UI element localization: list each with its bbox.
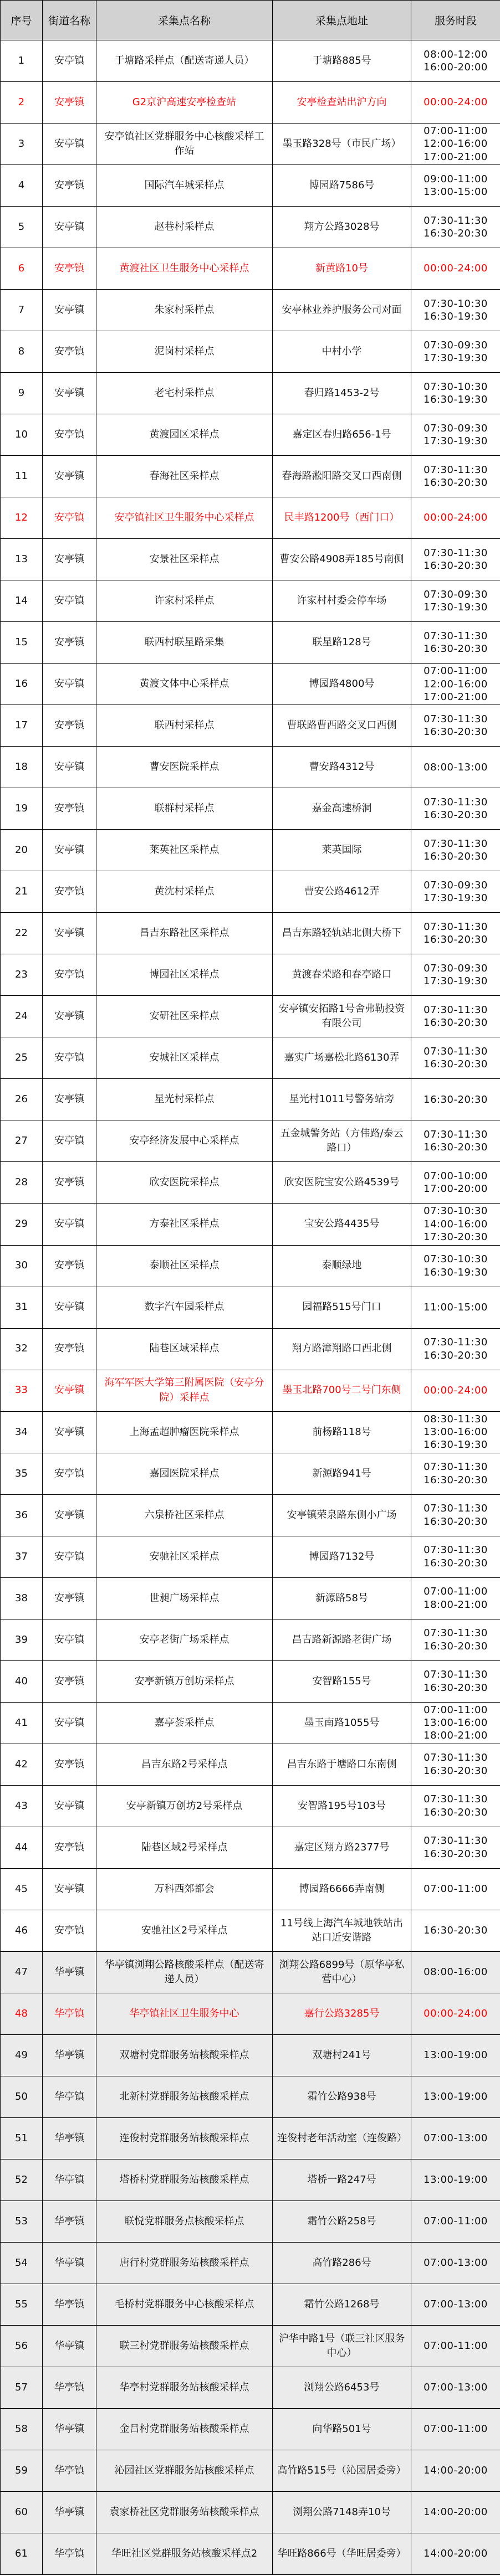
cell-name: 于塘路采样点（配送寄递人员）: [96, 40, 273, 82]
cell-name: 黄渡园区采样点: [96, 414, 273, 456]
cell-street: 安亭镇: [43, 1619, 96, 1660]
cell-name: 老宅村采样点: [96, 373, 273, 414]
cell-name: 陆巷区域采样点: [96, 1328, 273, 1370]
table-row: 45安亭镇万科西郊都会博园路6666弄南侧07:00-11:00: [1, 1868, 500, 1910]
cell-times: 14:00-20:00: [411, 2450, 500, 2491]
table-row: 48华亭镇华亭镇社区卫生服务中心嘉行公路3285号00:00-24:00: [1, 1993, 500, 2034]
cell-times: 07:30-10:30 16:30-19:30: [411, 373, 500, 414]
cell-name: 黄渡文体中心采样点: [96, 664, 273, 705]
cell-times: 07:30-11:30 16:30-20:30: [411, 1494, 500, 1536]
cell-address: 双塘村241号: [273, 2034, 411, 2076]
table-row: 39安亭镇安亭老街广场采样点昌吉路新源路老街广场07:30-11:30 16:3…: [1, 1619, 500, 1660]
cell-street: 安亭镇: [43, 1536, 96, 1577]
cell-times: 13:00-19:00: [411, 2076, 500, 2117]
cell-index: 17: [1, 705, 43, 747]
cell-times: 07:30-11:30 16:30-20:30: [411, 705, 500, 747]
cell-times: 09:00-11:00 13:00-15:00: [411, 165, 500, 207]
cell-times: 07:30-09:30 17:30-19:30: [411, 331, 500, 373]
table-row: 26安亭镇星光村采样点星光村1011号警务站旁16:30-20:30: [1, 1079, 500, 1120]
cell-index: 8: [1, 331, 43, 373]
cell-address: 高竹路286号: [273, 2242, 411, 2284]
cell-address: 塔桥一路247号: [273, 2159, 411, 2200]
table-row: 61华亭镇华旺社区党群服务站核酸采样点2华旺路866号（华旺居委旁）14:00-…: [1, 2533, 500, 2574]
cell-name: 安亭镇社区党群服务中心核酸采样工作站: [96, 124, 273, 165]
cell-address: 嘉定区翔方路2377号: [273, 1827, 411, 1868]
table-row: 57华亭镇华亭村党群服务站核酸采样点浏翔公路6453号07:00-13:00: [1, 2367, 500, 2408]
table-row: 16安亭镇黄渡文体中心采样点博园路4800号07:00-11:00 12:00-…: [1, 664, 500, 705]
cell-index: 16: [1, 664, 43, 705]
table-row: 12安亭镇安亭镇社区卫生服务中心采样点民丰路1200号（西门口）00:00-24…: [1, 497, 500, 539]
cell-index: 60: [1, 2491, 43, 2533]
cell-street: 安亭镇: [43, 954, 96, 996]
cell-address: 昌吉东路于塘路口东南侧: [273, 1744, 411, 1785]
cell-name: 赵巷村采样点: [96, 207, 273, 248]
cell-address: 安亭林业养护服务公司对面: [273, 290, 411, 331]
cell-address: 向华路501号: [273, 2408, 411, 2450]
cell-street: 华亭镇: [43, 2117, 96, 2159]
table-row: 14安亭镇许家村采样点许家村村委会停车场07:30-09:30 17:30-19…: [1, 580, 500, 622]
cell-street: 华亭镇: [43, 2034, 96, 2076]
cell-address: 新源路941号: [273, 1453, 411, 1494]
cell-street: 安亭镇: [43, 165, 96, 207]
cell-times: 07:00-11:00: [411, 2408, 500, 2450]
cell-street: 华亭镇: [43, 2200, 96, 2242]
cell-times: 07:30-09:30 17:30-19:30: [411, 414, 500, 456]
cell-street: 安亭镇: [43, 207, 96, 248]
cell-address: 霜竹公路258号: [273, 2200, 411, 2242]
cell-times: 07:30-09:30 17:30-19:30: [411, 580, 500, 622]
table-row: 54华亭镇唐行村党群服务站核酸采样点高竹路286号07:00-13:00: [1, 2242, 500, 2284]
cell-name: 方泰社区采样点: [96, 1204, 273, 1245]
cell-address: 泰顺绿地: [273, 1245, 411, 1287]
table-row: 8安亭镇泥岗村采样点中村小学07:30-09:30 17:30-19:30: [1, 331, 500, 373]
cell-address: 连俊村老年活动室（连俊路）: [273, 2117, 411, 2159]
cell-index: 61: [1, 2533, 43, 2574]
cell-times: 08:00-16:00: [411, 1951, 500, 1993]
cell-name: 海军军医大学第三附属医院（安亭分院）采样点: [96, 1370, 273, 1411]
cell-name: 北新村党群服务站核酸采样点: [96, 2076, 273, 2117]
cell-street: 安亭镇: [43, 497, 96, 539]
cell-index: 36: [1, 1494, 43, 1536]
cell-index: 12: [1, 497, 43, 539]
table-row: 42安亭镇昌吉东路2号采样点昌吉东路于塘路口东南侧07:30-11:30 16:…: [1, 1744, 500, 1785]
cell-name: 安亭镇社区卫生服务中心采样点: [96, 497, 273, 539]
cell-street: 安亭镇: [43, 456, 96, 497]
col-header-street: 街道名称: [43, 1, 96, 40]
cell-address: 嘉金高速桥洞: [273, 788, 411, 830]
cell-name: 上海孟超肿瘤医院采样点: [96, 1411, 273, 1453]
cell-times: 00:00-24:00: [411, 82, 500, 124]
cell-name: 昌吉东路社区采样点: [96, 913, 273, 954]
table-row: 4安亭镇国际汽车城采样点博园路7586号09:00-11:00 13:00-15…: [1, 165, 500, 207]
cell-address: 园福路515号门口: [273, 1287, 411, 1328]
table-row: 40安亭镇安亭新镇万创坊采样点安智路155号07:30-11:30 16:30-…: [1, 1660, 500, 1702]
cell-street: 华亭镇: [43, 2491, 96, 2533]
table-row: 30安亭镇泰顺社区采样点泰顺绿地07:30-10:30 16:30-19:30: [1, 1245, 500, 1287]
cell-index: 59: [1, 2450, 43, 2491]
cell-times: 13:00-19:00: [411, 2034, 500, 2076]
cell-street: 安亭镇: [43, 82, 96, 124]
cell-street: 安亭镇: [43, 580, 96, 622]
cell-times: 14:00-20:00: [411, 2533, 500, 2574]
cell-name: 安景社区采样点: [96, 539, 273, 580]
cell-index: 30: [1, 1245, 43, 1287]
cell-times: 07:30-09:30 17:30-19:30: [411, 954, 500, 996]
cell-name: 华亭镇社区卫生服务中心: [96, 1993, 273, 2034]
cell-address: 前杨路118号: [273, 1411, 411, 1453]
cell-index: 18: [1, 747, 43, 788]
cell-name: 华亭镇浏翔公路核酸采样点（配送寄递人员）: [96, 1951, 273, 1993]
cell-street: 华亭镇: [43, 2325, 96, 2367]
cell-name: 毛桥村党群服务中心核酸采样点: [96, 2284, 273, 2325]
cell-address: 嘉实广场嘉松北路6130弄: [273, 1037, 411, 1079]
cell-index: 50: [1, 2076, 43, 2117]
cell-address: 高竹路515号（沁园居委旁）: [273, 2450, 411, 2491]
cell-index: 29: [1, 1204, 43, 1245]
table-row: 19安亭镇联群村采样点嘉金高速桥洞07:30-11:30 16:30-20:30: [1, 788, 500, 830]
cell-address: 墨玉南路1055号: [273, 1702, 411, 1744]
cell-address: 霜竹公路938号: [273, 2076, 411, 2117]
cell-index: 45: [1, 1868, 43, 1910]
cell-address: 安亭镇安拓路1号舍弗勒投资有限公司: [273, 996, 411, 1037]
table-row: 34安亭镇上海孟超肿瘤医院采样点前杨路118号08:30-11:30 13:00…: [1, 1411, 500, 1453]
cell-name: 数字汽车园采样点: [96, 1287, 273, 1328]
cell-times: 07:00-10:00 17:00-20:00: [411, 1162, 500, 1204]
table-row: 36安亭镇六泉桥社区采样点安亭镇荣泉路东侧小广场07:30-11:30 16:3…: [1, 1494, 500, 1536]
cell-street: 安亭镇: [43, 830, 96, 871]
cell-index: 32: [1, 1328, 43, 1370]
table-row: 17安亭镇联西村采样点曹联路曹西路交叉口西侧07:30-11:30 16:30-…: [1, 705, 500, 747]
cell-street: 安亭镇: [43, 373, 96, 414]
table-row: 29安亭镇方泰社区采样点宝安公路4435号07:30-10:30 14:00-1…: [1, 1204, 500, 1245]
cell-street: 安亭镇: [43, 1827, 96, 1868]
cell-index: 58: [1, 2408, 43, 2450]
cell-name: 袁家桥社区党群服务站核酸采样点: [96, 2491, 273, 2533]
cell-name: 华旺社区党群服务站核酸采样点2: [96, 2533, 273, 2574]
cell-times: 07:00-11:00: [411, 1868, 500, 1910]
cell-street: 华亭镇: [43, 1951, 96, 1993]
cell-index: 1: [1, 40, 43, 82]
cell-street: 安亭镇: [43, 1702, 96, 1744]
cell-street: 安亭镇: [43, 1577, 96, 1619]
cell-address: 嘉行公路3285号: [273, 1993, 411, 2034]
cell-street: 华亭镇: [43, 2284, 96, 2325]
table-row: 59华亭镇沁园社区党群服务站核酸采样点高竹路515号（沁园居委旁）14:00-2…: [1, 2450, 500, 2491]
cell-name: 华亭村党群服务站核酸采样点: [96, 2367, 273, 2408]
cell-index: 27: [1, 1120, 43, 1162]
cell-name: 嘉亭荟采样点: [96, 1702, 273, 1744]
col-header-address: 采集点地址: [273, 1, 411, 40]
cell-address: 博园路7132号: [273, 1536, 411, 1577]
cell-street: 华亭镇: [43, 2159, 96, 2200]
cell-street: 安亭镇: [43, 1204, 96, 1245]
cell-name: 联西村采样点: [96, 705, 273, 747]
cell-index: 4: [1, 165, 43, 207]
cell-index: 9: [1, 373, 43, 414]
cell-index: 3: [1, 124, 43, 165]
cell-street: 安亭镇: [43, 1660, 96, 1702]
cell-times: 07:30-11:30 16:30-20:30: [411, 1619, 500, 1660]
cell-address: 华旺路866号（华旺居委旁）: [273, 2533, 411, 2574]
table-row: 6安亭镇黄渡社区卫生服务中心采样点新黄路10号00:00-24:00: [1, 248, 500, 290]
cell-address: 11号线上海汽车城地铁站出站口近安谐路: [273, 1910, 411, 1951]
cell-name: 安亭新镇万创坊采样点: [96, 1660, 273, 1702]
cell-index: 43: [1, 1785, 43, 1827]
cell-index: 11: [1, 456, 43, 497]
cell-times: 07:30-11:30 16:30-20:30: [411, 1744, 500, 1785]
cell-name: 塔桥村党群服务站核酸采样点: [96, 2159, 273, 2200]
cell-street: 安亭镇: [43, 1910, 96, 1951]
cell-index: 38: [1, 1577, 43, 1619]
cell-times: 07:30-10:30 16:30-19:30: [411, 1245, 500, 1287]
cell-address: 许家村村委会停车场: [273, 580, 411, 622]
table-row: 2安亭镇G2京沪高速安亭检查站安亭检查站出沪方向00:00-24:00: [1, 82, 500, 124]
cell-name: 安亭新镇万创坊2号采样点: [96, 1785, 273, 1827]
cell-address: 嘉定区春归路656-1号: [273, 414, 411, 456]
cell-name: 泥岗村采样点: [96, 331, 273, 373]
table-row: 28安亭镇欣安医院采样点欣安医院宝安公路4539号07:00-10:00 17:…: [1, 1162, 500, 1204]
cell-name: 沁园社区党群服务站核酸采样点: [96, 2450, 273, 2491]
table-row: 9安亭镇老宅村采样点春归路1453-2号07:30-10:30 16:30-19…: [1, 373, 500, 414]
cell-name: 安驰社区2号采样点: [96, 1910, 273, 1951]
cell-address: 五金城警务站（方伟路/泰云路口）: [273, 1120, 411, 1162]
cell-times: 07:00-11:00: [411, 2325, 500, 2367]
table-row: 44安亭镇陆巷区域2号采样点嘉定区翔方路2377号07:30-11:30 16:…: [1, 1827, 500, 1868]
table-row: 52华亭镇塔桥村党群服务站核酸采样点塔桥一路247号13:00-19:00: [1, 2159, 500, 2200]
col-header-name: 采集点名称: [96, 1, 273, 40]
cell-times: 07:30-11:30 16:30-20:30: [411, 1785, 500, 1827]
cell-index: 2: [1, 82, 43, 124]
table-row: 25安亭镇安城社区采样点嘉实广场嘉松北路6130弄07:30-11:30 16:…: [1, 1037, 500, 1079]
cell-index: 6: [1, 248, 43, 290]
cell-index: 37: [1, 1536, 43, 1577]
cell-name: 安研社区采样点: [96, 996, 273, 1037]
cell-index: 14: [1, 580, 43, 622]
cell-street: 安亭镇: [43, 1037, 96, 1079]
cell-times: 08:00-13:00: [411, 747, 500, 788]
cell-times: 13:00-19:00: [411, 2159, 500, 2200]
cell-times: 08:00-12:00 16:00-20:00: [411, 40, 500, 82]
cell-index: 15: [1, 622, 43, 664]
table-row: 38安亭镇世昶广场采样点新源路58号07:00-11:00 18:00-21:0…: [1, 1577, 500, 1619]
cell-name: 联三村党群服务站核酸采样点: [96, 2325, 273, 2367]
cell-name: 安驰社区采样点: [96, 1536, 273, 1577]
cell-street: 华亭镇: [43, 2408, 96, 2450]
cell-street: 安亭镇: [43, 539, 96, 580]
cell-times: 07:00-13:00: [411, 2117, 500, 2159]
cell-times: 00:00-24:00: [411, 1370, 500, 1411]
cell-index: 25: [1, 1037, 43, 1079]
table-row: 13安亭镇安景社区采样点曹安公路4908弄185号南侧07:30-11:30 1…: [1, 539, 500, 580]
cell-address: 翔方路漳翔路口西北侧: [273, 1328, 411, 1370]
cell-times: 16:30-20:30: [411, 1910, 500, 1951]
table-row: 22安亭镇昌吉东路社区采样点昌吉东路轻轨站北侧大桥下07:30-11:30 16…: [1, 913, 500, 954]
cell-name: 许家村采样点: [96, 580, 273, 622]
cell-street: 安亭镇: [43, 1120, 96, 1162]
table-row: 46安亭镇安驰社区2号采样点11号线上海汽车城地铁站出站口近安谐路16:30-2…: [1, 1910, 500, 1951]
cell-address: 新源路58号: [273, 1577, 411, 1619]
cell-index: 31: [1, 1287, 43, 1328]
cell-address: 欣安医院宝安公路4539号: [273, 1162, 411, 1204]
cell-times: 07:00-13:00: [411, 2367, 500, 2408]
cell-street: 安亭镇: [43, 664, 96, 705]
cell-address: 中村小学: [273, 331, 411, 373]
cell-name: 嘉园医院采样点: [96, 1453, 273, 1494]
cell-times: 07:00-11:00 12:00-16:00 17:00-21:00: [411, 124, 500, 165]
cell-index: 42: [1, 1744, 43, 1785]
cell-name: 陆巷区域2号采样点: [96, 1827, 273, 1868]
table-row: 5安亭镇赵巷村采样点翔方公路3028号07:30-11:30 16:30-20:…: [1, 207, 500, 248]
cell-times: 07:30-11:30 16:30-20:30: [411, 207, 500, 248]
table-row: 58华亭镇金吕村党群服务站核酸采样点向华路501号07:00-11:00: [1, 2408, 500, 2450]
cell-address: 曹安路4312号: [273, 747, 411, 788]
cell-times: 07:30-11:30 16:30-20:30: [411, 1536, 500, 1577]
cell-index: 24: [1, 996, 43, 1037]
cell-street: 华亭镇: [43, 2242, 96, 2284]
table-row: 49华亭镇双塘村党群服务站核酸采样点双塘村241号13:00-19:00: [1, 2034, 500, 2076]
cell-name: 春海社区采样点: [96, 456, 273, 497]
cell-street: 安亭镇: [43, 1744, 96, 1785]
cell-address: 曹联路曹西路交叉口西侧: [273, 705, 411, 747]
table-row: 55华亭镇毛桥村党群服务中心核酸采样点霜竹公路1268号07:00-13:00: [1, 2284, 500, 2325]
cell-times: 07:30-11:30 16:30-20:30: [411, 1120, 500, 1162]
cell-address: 新黄路10号: [273, 248, 411, 290]
table-row: 3安亭镇安亭镇社区党群服务中心核酸采样工作站墨玉路328号（市民广场）07:00…: [1, 124, 500, 165]
cell-name: 万科西郊都会: [96, 1868, 273, 1910]
cell-address: 墨玉路328号（市民广场）: [273, 124, 411, 165]
cell-address: 春海路淞阳路交叉口西南侧: [273, 456, 411, 497]
cell-index: 7: [1, 290, 43, 331]
cell-times: 07:00-13:00: [411, 2242, 500, 2284]
cell-times: 08:30-11:30 13:00-16:00 16:30-19:30: [411, 1411, 500, 1453]
cell-street: 安亭镇: [43, 747, 96, 788]
cell-street: 安亭镇: [43, 1370, 96, 1411]
cell-index: 28: [1, 1162, 43, 1204]
cell-index: 54: [1, 2242, 43, 2284]
cell-times: 07:30-09:30 17:30-19:30: [411, 871, 500, 913]
cell-street: 安亭镇: [43, 913, 96, 954]
table-row: 27安亭镇安亭经济发展中心采样点五金城警务站（方伟路/泰云路口）07:30-11…: [1, 1120, 500, 1162]
cell-name: 金吕村党群服务站核酸采样点: [96, 2408, 273, 2450]
cell-index: 34: [1, 1411, 43, 1453]
cell-address: 安亭检查站出沪方向: [273, 82, 411, 124]
table-row: 33安亭镇海军军医大学第三附属医院（安亭分院）采样点墨玉北路700号二号门东侧0…: [1, 1370, 500, 1411]
cell-address: 宝安公路4435号: [273, 1204, 411, 1245]
cell-times: 07:30-11:30 16:30-20:30: [411, 622, 500, 664]
table-row: 53华亭镇联悦党群服务点核酸采样点霜竹公路258号07:00-11:00: [1, 2200, 500, 2242]
cell-name: 曹安医院采样点: [96, 747, 273, 788]
table-body: 1安亭镇于塘路采样点（配送寄递人员）于塘路885号08:00-12:00 16:…: [1, 40, 500, 2575]
header-row: 序号 街道名称 采集点名称 采集点地址 服务时段: [1, 1, 500, 40]
table-row: 18安亭镇曹安医院采样点曹安路4312号08:00-13:00: [1, 747, 500, 788]
cell-street: 安亭镇: [43, 414, 96, 456]
cell-index: 35: [1, 1453, 43, 1494]
cell-times: 07:00-13:00: [411, 2284, 500, 2325]
cell-times: 00:00-24:00: [411, 1993, 500, 2034]
cell-address: 星光村1011号警务站旁: [273, 1079, 411, 1120]
cell-address: 沪华中路1号（联三社区服务中心）: [273, 2325, 411, 2367]
cell-street: 华亭镇: [43, 1993, 96, 2034]
cell-street: 安亭镇: [43, 331, 96, 373]
cell-name: 联西村联星路采集: [96, 622, 273, 664]
cell-times: 07:00-11:00 13:00-16:00 18:00-21:00: [411, 1702, 500, 1744]
cell-street: 安亭镇: [43, 1245, 96, 1287]
cell-index: 19: [1, 788, 43, 830]
cell-name: 黄沈村采样点: [96, 871, 273, 913]
cell-street: 安亭镇: [43, 871, 96, 913]
cell-index: 41: [1, 1702, 43, 1744]
cell-address: 翔方公路3028号: [273, 207, 411, 248]
cell-index: 51: [1, 2117, 43, 2159]
cell-times: 07:30-11:30 16:30-20:30: [411, 1827, 500, 1868]
cell-street: 安亭镇: [43, 705, 96, 747]
cell-name: 欣安医院采样点: [96, 1162, 273, 1204]
cell-address: 曹安公路4908弄185号南侧: [273, 539, 411, 580]
cell-times: 07:30-11:30 16:30-20:30: [411, 1660, 500, 1702]
cell-street: 安亭镇: [43, 1287, 96, 1328]
cell-address: 莱英国际: [273, 830, 411, 871]
table-row: 35安亭镇嘉园医院采样点新源路941号07:30-11:30 16:30-20:…: [1, 1453, 500, 1494]
cell-address: 联星路128号: [273, 622, 411, 664]
table-row: 23安亭镇博园社区采样点黄渡春荣路和春亭路口07:30-09:30 17:30-…: [1, 954, 500, 996]
cell-index: 53: [1, 2200, 43, 2242]
cell-address: 黄渡春荣路和春亭路口: [273, 954, 411, 996]
cell-times: 07:30-10:30 16:30-19:30: [411, 290, 500, 331]
cell-times: 07:30-11:30 16:30-20:30: [411, 539, 500, 580]
cell-times: 00:00-24:00: [411, 248, 500, 290]
cell-index: 21: [1, 871, 43, 913]
cell-name: 泰顺社区采样点: [96, 1245, 273, 1287]
cell-address: 安智路195号103号: [273, 1785, 411, 1827]
cell-times: 07:00-11:00 18:00-21:00: [411, 1577, 500, 1619]
cell-street: 安亭镇: [43, 1785, 96, 1827]
cell-index: 48: [1, 1993, 43, 2034]
table-row: 21安亭镇黄沈村采样点曹安公路4612弄07:30-09:30 17:30-19…: [1, 871, 500, 913]
table-row: 31安亭镇数字汽车园采样点园福路515号门口11:00-15:00: [1, 1287, 500, 1328]
cell-times: 07:00-11:00 12:00-16:00 17:00-21:00: [411, 664, 500, 705]
cell-name: 唐行村党群服务站核酸采样点: [96, 2242, 273, 2284]
cell-index: 39: [1, 1619, 43, 1660]
cell-times: 07:30-11:30 16:30-20:30: [411, 1453, 500, 1494]
cell-times: 14:00-20:00: [411, 2491, 500, 2533]
table-row: 7安亭镇朱家村采样点安亭林业养护服务公司对面07:30-10:30 16:30-…: [1, 290, 500, 331]
cell-address: 春归路1453-2号: [273, 373, 411, 414]
cell-index: 55: [1, 2284, 43, 2325]
cell-name: 六泉桥社区采样点: [96, 1494, 273, 1536]
cell-address: 民丰路1200号（西门口）: [273, 497, 411, 539]
cell-address: 浏翔公路6453号: [273, 2367, 411, 2408]
table-row: 56华亭镇联三村党群服务站核酸采样点沪华中路1号（联三社区服务中心）07:00-…: [1, 2325, 500, 2367]
table-row: 1安亭镇于塘路采样点（配送寄递人员）于塘路885号08:00-12:00 16:…: [1, 40, 500, 82]
cell-name: G2京沪高速安亭检查站: [96, 82, 273, 124]
cell-street: 安亭镇: [43, 40, 96, 82]
cell-times: 00:00-24:00: [411, 497, 500, 539]
cell-street: 安亭镇: [43, 788, 96, 830]
cell-name: 星光村采样点: [96, 1079, 273, 1120]
cell-street: 安亭镇: [43, 290, 96, 331]
cell-name: 国际汽车城采样点: [96, 165, 273, 207]
cell-index: 40: [1, 1660, 43, 1702]
cell-address: 博园路4800号: [273, 664, 411, 705]
cell-times: 11:00-15:00: [411, 1287, 500, 1328]
cell-times: 07:00-11:00: [411, 2200, 500, 2242]
table-row: 51华亭镇连俊村党群服务站核酸采样点连俊村老年活动室（连俊路）07:00-13:…: [1, 2117, 500, 2159]
cell-index: 49: [1, 2034, 43, 2076]
cell-street: 安亭镇: [43, 1328, 96, 1370]
cell-address: 昌吉路新源路老街广场: [273, 1619, 411, 1660]
cell-index: 20: [1, 830, 43, 871]
cell-street: 安亭镇: [43, 1411, 96, 1453]
